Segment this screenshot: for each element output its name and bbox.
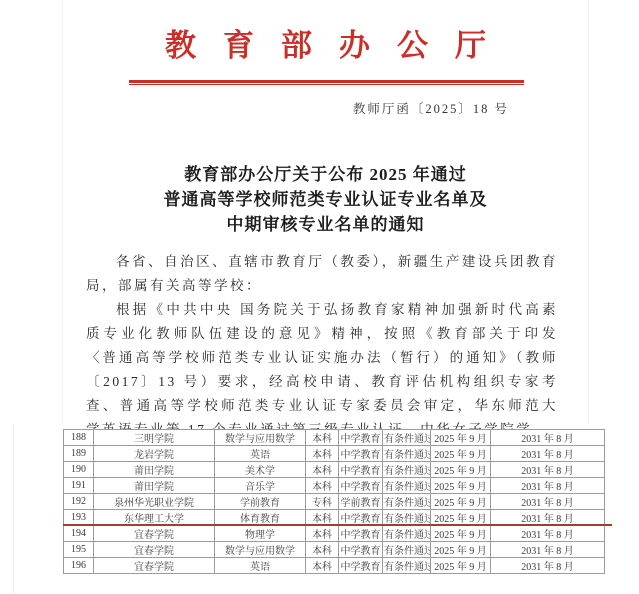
divider-thin-line (129, 84, 524, 85)
cell-valid-from: 2025 年 9 月 (431, 462, 491, 478)
cell-row-number: 195 (64, 542, 94, 558)
cell-row-number: 192 (64, 494, 94, 510)
cell-degree-level: 本科 (306, 526, 339, 542)
title-line-3: 中期审核专业名单的通知 (63, 212, 588, 237)
cell-major-name: 美术学 (215, 462, 306, 478)
cell-major-name: 英语 (215, 558, 306, 574)
cell-school-name: 宜春学院 (94, 542, 215, 558)
cell-major-name: 物理学 (215, 526, 306, 542)
cell-education-category: 中学教育 (339, 462, 383, 478)
table-row: 188 三明学院 数学与应用数学 本科 中学教育 有条件通过 2025 年 9 … (64, 430, 605, 446)
cell-row-number: 189 (64, 446, 94, 462)
divider-thick-line (129, 80, 524, 83)
cell-accreditation-result: 有条件通过 (383, 494, 431, 510)
cell-row-number: 194 (64, 526, 94, 542)
cell-degree-level: 本科 (306, 430, 339, 446)
issuing-org-title: 教育部办公厅 (63, 28, 588, 64)
cell-row-number: 196 (64, 558, 94, 574)
cell-school-name: 莆田学院 (94, 478, 215, 494)
table-row: 192 泉州华光职业学院 学前教育 专科 学前教育 有条件通过 2025 年 9… (64, 494, 605, 510)
body-line: 局，部属有关高等学校： (86, 274, 558, 298)
cell-school-name: 莆田学院 (94, 462, 215, 478)
cell-education-category: 学前教育 (339, 494, 383, 510)
cell-school-name: 宜春学院 (94, 526, 215, 542)
cell-school-name: 泉州华光职业学院 (94, 494, 215, 510)
table-row: 196 宜春学院 英语 本科 中学教育 有条件通过 2025 年 9 月 203… (64, 558, 605, 574)
cell-major-name: 数学与应用数学 (215, 430, 306, 446)
document-reference-number: 教师厅函〔2025〕18 号 (353, 99, 509, 117)
cell-valid-until: 2031 年 8 月 (491, 526, 605, 542)
cell-valid-until: 2031 年 8 月 (491, 542, 605, 558)
cell-accreditation-result: 有条件通过 (383, 542, 431, 558)
cell-degree-level: 本科 (306, 446, 339, 462)
cell-row-number: 190 (64, 462, 94, 478)
cell-valid-from: 2025 年 9 月 (431, 494, 491, 510)
cell-school-name: 宜春学院 (94, 558, 215, 574)
cell-accreditation-result: 有条件通过 (383, 526, 431, 542)
cell-valid-until: 2031 年 8 月 (491, 478, 605, 494)
cell-school-name: 三明学院 (94, 430, 215, 446)
cell-valid-from: 2025 年 9 月 (431, 478, 491, 494)
cell-education-category: 中学教育 (339, 526, 383, 542)
table-row: 189 龙岩学院 英语 本科 中学教育 有条件通过 2025 年 9 月 203… (64, 446, 605, 462)
table-row: 195 宜春学院 数学与应用数学 本科 中学教育 有条件通过 2025 年 9 … (64, 542, 605, 558)
cell-accreditation-result: 有条件通过 (383, 478, 431, 494)
cell-valid-until: 2031 年 8 月 (491, 430, 605, 446)
body-line: 各省、自治区、直辖市教育厅（教委），新疆生产建设兵团教育 (86, 250, 558, 274)
cell-valid-from: 2025 年 9 月 (431, 542, 491, 558)
cell-degree-level: 本科 (306, 462, 339, 478)
body-line: 〔2017〕13 号）要求，经高校申请、教育评估机构组织专家考 (86, 370, 558, 394)
document-body: 各省、自治区、直辖市教育厅（教委），新疆生产建设兵团教育 局，部属有关高等学校：… (86, 250, 558, 442)
cell-accreditation-result: 有条件通过 (383, 558, 431, 574)
cell-valid-from: 2025 年 9 月 (431, 446, 491, 462)
cell-accreditation-result: 有条件通过 (383, 430, 431, 446)
cell-education-category: 中学教育 (339, 478, 383, 494)
header-divider-rule (129, 80, 524, 85)
cell-degree-level: 本科 (306, 478, 339, 494)
cell-valid-until: 2031 年 8 月 (491, 446, 605, 462)
cell-row-number: 191 (64, 478, 94, 494)
cell-education-category: 中学教育 (339, 558, 383, 574)
cell-school-name: 龙岩学院 (94, 446, 215, 462)
title-line-2: 普通高等学校师范类专业认证专业名单及 (63, 187, 588, 212)
cell-valid-from: 2025 年 9 月 (431, 430, 491, 446)
page-edge-line (13, 424, 14, 594)
cell-valid-from: 2025 年 9 月 (431, 558, 491, 574)
body-line: 查、普通高等学校师范类专业认证专家委员会审定，华东师范大 (86, 394, 558, 418)
document-page: 教育部办公厅 教师厅函〔2025〕18 号 教育部办公厅关于公布 2025 年通… (62, 0, 589, 424)
cell-valid-until: 2031 年 8 月 (491, 462, 605, 478)
cell-major-name: 数学与应用数学 (215, 542, 306, 558)
cell-major-name: 英语 (215, 446, 306, 462)
cell-degree-level: 专科 (306, 494, 339, 510)
row-highlight-underline (63, 524, 612, 526)
title-line-1: 教育部办公厅关于公布 2025 年通过 (63, 162, 588, 187)
body-line: 根据《中共中央 国务院关于弘扬教育家精神加强新时代高素 (86, 298, 558, 322)
cell-row-number: 188 (64, 430, 94, 446)
table-row: 190 莆田学院 美术学 本科 中学教育 有条件通过 2025 年 9 月 20… (64, 462, 605, 478)
cell-education-category: 中学教育 (339, 430, 383, 446)
cell-degree-level: 本科 (306, 558, 339, 574)
body-line: 〈普通高等学校师范类专业认证实施办法（暂行）的通知》（教师 (86, 346, 558, 370)
cell-degree-level: 本科 (306, 542, 339, 558)
cell-major-name: 音乐学 (215, 478, 306, 494)
cell-valid-until: 2031 年 8 月 (491, 558, 605, 574)
table-row: 191 莆田学院 音乐学 本科 中学教育 有条件通过 2025 年 9 月 20… (64, 478, 605, 494)
body-line: 质专业化教师队伍建设的意见》精神，按照《教育部关于印发 (86, 322, 558, 346)
cell-education-category: 中学教育 (339, 446, 383, 462)
cell-valid-until: 2031 年 8 月 (491, 494, 605, 510)
document-title: 教育部办公厅关于公布 2025 年通过 普通高等学校师范类专业认证专业名单及 中… (63, 162, 588, 237)
accreditation-table-body: 188 三明学院 数学与应用数学 本科 中学教育 有条件通过 2025 年 9 … (64, 430, 605, 574)
accreditation-table: 188 三明学院 数学与应用数学 本科 中学教育 有条件通过 2025 年 9 … (63, 429, 605, 574)
cell-education-category: 中学教育 (339, 542, 383, 558)
table-row: 194 宜春学院 物理学 本科 中学教育 有条件通过 2025 年 9 月 20… (64, 526, 605, 542)
cell-accreditation-result: 有条件通过 (383, 446, 431, 462)
cell-valid-from: 2025 年 9 月 (431, 526, 491, 542)
cell-major-name: 学前教育 (215, 494, 306, 510)
cell-accreditation-result: 有条件通过 (383, 462, 431, 478)
